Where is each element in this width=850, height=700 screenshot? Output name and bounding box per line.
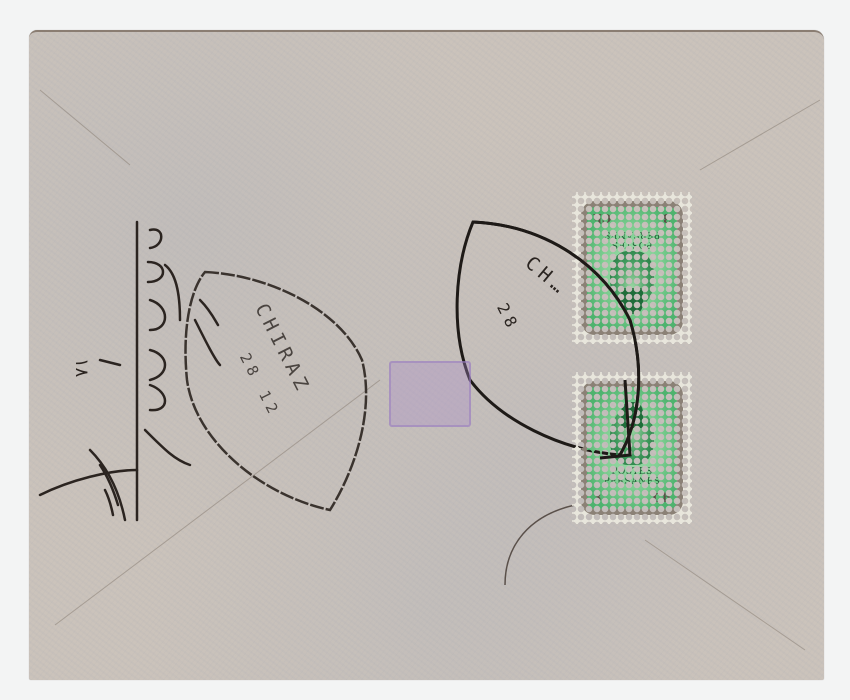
postmark-over-stamp (0, 0, 850, 700)
